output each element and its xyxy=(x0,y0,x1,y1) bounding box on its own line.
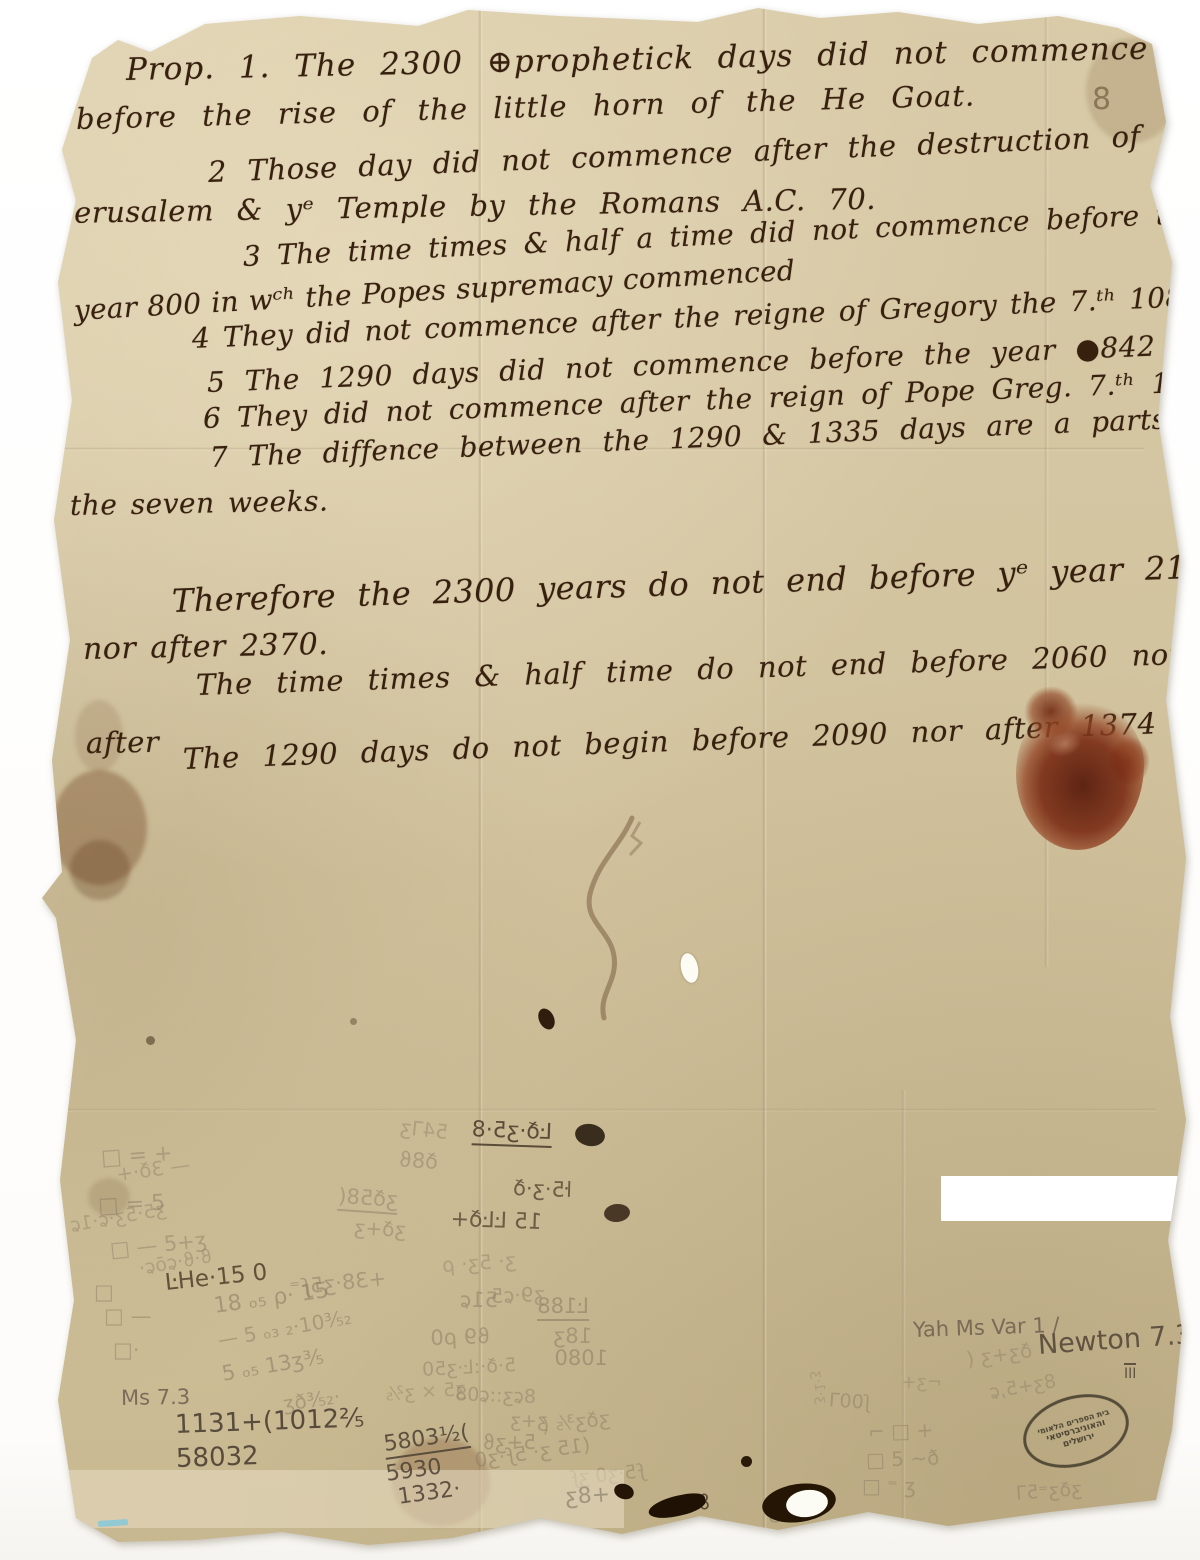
manuscript-line: Therefore the 2300 years do not end befo… xyxy=(171,547,1200,620)
manuscript-line: The 1290 days do not begin before 2090 n… xyxy=(182,706,1157,776)
manuscript-line: Prop. 1. The 2300 ⊕prophetick days did n… xyxy=(126,31,1149,88)
manuscript-line: the seven weeks. xyxy=(70,484,329,522)
scribble: ʃ00ρ xyxy=(0,1175,37,1204)
scribble: + ʒō xyxy=(0,1260,33,1287)
paper-shadow: ʃ~⌐□ = +— 3ð·+ʃ00ρ□ = 5ʒ5·5ʒ·ɕ·1ɕ15ɓʒð□ … xyxy=(0,0,1200,1560)
scribble: ʃ~⌐ xyxy=(0,1137,42,1166)
scribble: 5 ʒ² xyxy=(0,1298,37,1323)
scribble: 15 xyxy=(34,1218,66,1247)
manuscript-line: before the rise of the little horn of th… xyxy=(76,78,976,136)
manuscript-photo: ʃ~⌐□ = +— 3ð·+ʃ00ρ□ = 5ʒ5·5ʒ·ɕ·1ɕ15ɓʒð□ … xyxy=(0,0,1200,1560)
wax-seal xyxy=(1016,698,1144,850)
manuscript-line: nor after 2370. xyxy=(83,627,329,667)
manuscript-line: after xyxy=(86,725,160,760)
ink-speck xyxy=(350,1018,357,1025)
wax-seal-body xyxy=(1016,698,1144,850)
paper-sheet: ʃ~⌐□ = +— 3ð·+ʃ00ρ□ = 5ʒ5·5ʒ·ɕ·1ɕ15ɓʒð□ … xyxy=(0,0,1200,1560)
ink-blot xyxy=(741,1456,752,1467)
ink-speck xyxy=(146,1036,155,1045)
white-redaction-bar xyxy=(941,1176,1183,1221)
manuscript-line: 2 Those day did not commence after the d… xyxy=(207,119,1141,189)
scribble: 1 ʒ²· xyxy=(0,1334,39,1360)
scribble: ɓʒð xyxy=(26,1236,61,1260)
